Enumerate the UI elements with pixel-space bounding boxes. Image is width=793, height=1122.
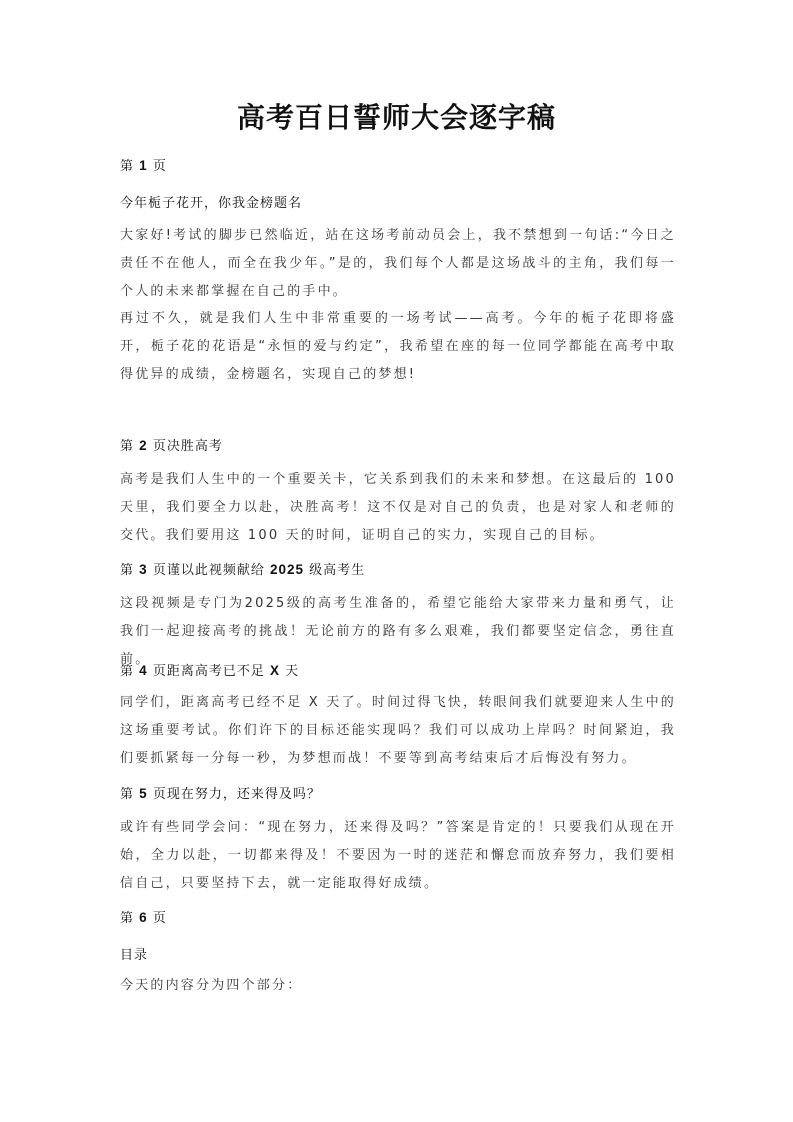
- page-number: 6: [139, 910, 148, 925]
- section-1-subheading: 今年栀子花开，你我金榜题名: [120, 192, 302, 211]
- heading-suffix-2: 级高考生: [309, 563, 365, 578]
- section-4-heading: 第 4 页距离高考已不足 X 天: [120, 660, 299, 679]
- heading-suffix-2: 天: [285, 664, 299, 679]
- heading-x: X: [270, 663, 280, 678]
- heading-prefix: 第: [120, 563, 134, 578]
- heading-suffix: 页谨以此视频献给: [153, 563, 265, 578]
- section-6-subheading: 目录: [120, 944, 148, 963]
- page-number: 2: [139, 438, 148, 453]
- heading-prefix: 第: [120, 664, 134, 679]
- page-number: 4: [139, 663, 148, 678]
- page-number: 3: [139, 562, 148, 577]
- section-2-paragraph-1: 高考是我们人生中的一个重要关卡，它关系到我们的未来和梦想。在这最后的 100 天…: [120, 466, 676, 550]
- section-6-heading: 第 6 页: [120, 907, 167, 926]
- section-4-paragraph-1: 同学们，距离高考已经不足 X 天了。时间过得飞快，转眼间我们就要迎来人生中的这场…: [120, 689, 676, 773]
- heading-suffix: 页决胜高考: [153, 439, 223, 454]
- heading-prefix: 第: [120, 159, 134, 174]
- heading-suffix: 页现在努力，还来得及吗？: [153, 787, 321, 802]
- section-1-heading: 第 1 页: [120, 155, 167, 174]
- heading-year: 2025: [270, 562, 304, 577]
- page-number: 1: [139, 158, 148, 173]
- section-6-paragraph-1: 今天的内容分为四个部分：: [120, 972, 676, 1000]
- section-3-heading: 第 3 页谨以此视频献给 2025 级高考生: [120, 559, 365, 578]
- section-1-paragraph-1: 大家好!考试的脚步已然临近，站在这场考前动员会上，我不禁想到一句话:“今日之责任…: [120, 222, 676, 306]
- section-2-heading: 第 2 页决胜高考: [120, 435, 223, 454]
- heading-suffix: 页距离高考已不足: [153, 664, 265, 679]
- heading-suffix: 页: [153, 911, 167, 926]
- heading-prefix: 第: [120, 911, 134, 926]
- heading-suffix: 页: [153, 159, 167, 174]
- heading-prefix: 第: [120, 439, 134, 454]
- heading-prefix: 第: [120, 787, 134, 802]
- page-number: 5: [139, 786, 148, 801]
- section-5-paragraph-1: 或许有些同学会问：“现在努力，还来得及吗？”答案是肯定的！只要我们从现在开始，全…: [120, 814, 676, 898]
- section-5-heading: 第 5 页现在努力，还来得及吗？: [120, 783, 321, 802]
- document-title: 高考百日誓师大会逐字稿: [0, 96, 793, 136]
- section-1-paragraph-2: 再过不久，就是我们人生中非常重要的一场考试——高考。今年的栀子花即将盛开，栀子花…: [120, 305, 676, 389]
- document-page: 高考百日誓师大会逐字稿 第 1 页 今年栀子花开，你我金榜题名 大家好!考试的脚…: [0, 0, 793, 1122]
